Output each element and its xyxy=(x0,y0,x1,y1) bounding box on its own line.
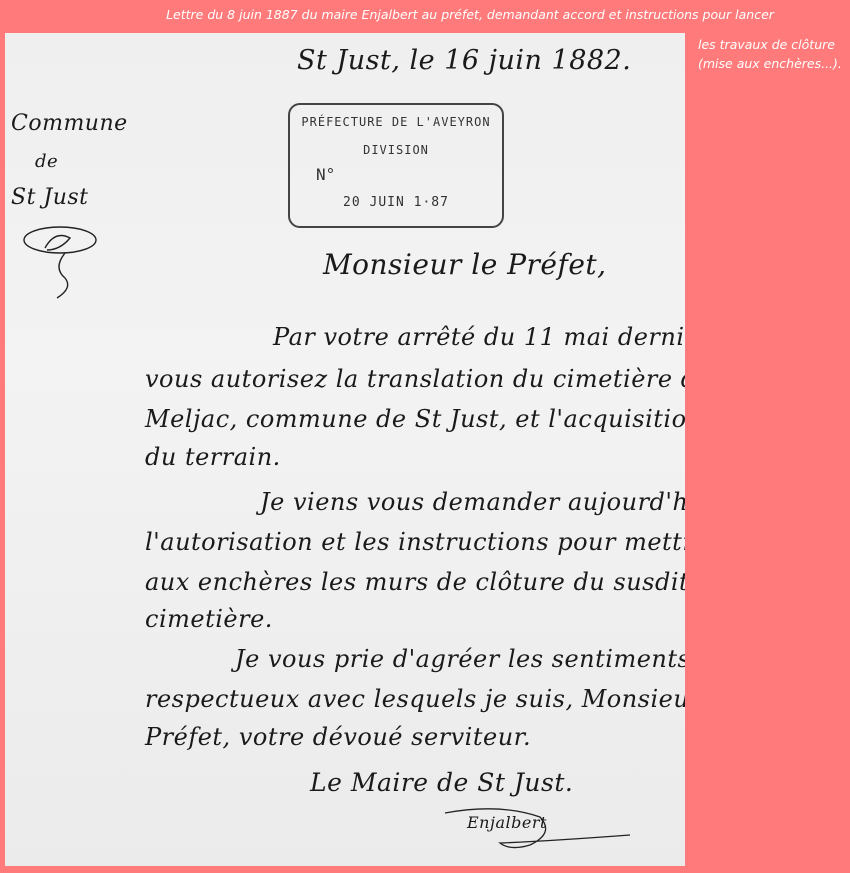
letter-scan: Commune de St Just St Just, le 16 juin 1… xyxy=(5,33,685,866)
signature-flourish-icon xyxy=(440,805,640,855)
stamp-line2: DIVISION xyxy=(290,143,502,157)
salutation: Monsieur le Préfet, xyxy=(323,248,607,281)
prefecture-stamp: PRÉFECTURE DE L'AVEYRON DIVISION N° 20 J… xyxy=(288,103,504,228)
body-line: Par votre arrêté du 11 mai dernier xyxy=(273,323,685,351)
stamp-line1: PRÉFECTURE DE L'AVEYRON xyxy=(290,115,502,129)
body-line: respectueux avec lesquels je suis, Monsi… xyxy=(145,685,685,713)
body-line: l'autorisation et les instructions pour … xyxy=(145,528,685,556)
body-line: Je viens vous demander aujourd'hui xyxy=(260,488,685,516)
body-line: Préfet, votre dévoué serviteur. xyxy=(145,723,531,751)
body-line: du terrain. xyxy=(145,443,281,471)
margin-st-just: St Just xyxy=(11,185,89,210)
margin-commune: Commune xyxy=(11,111,128,136)
closing: Le Maire de St Just. xyxy=(310,768,573,797)
stamp-line3: N° xyxy=(316,165,335,184)
body-line: cimetière. xyxy=(145,605,273,633)
body-line: Je vous prie d'agréer les sentiments xyxy=(235,645,685,673)
body-line: vous autorisez la translation du cimetiè… xyxy=(145,365,685,393)
caption-top: Lettre du 8 juin 1887 du maire Enjalbert… xyxy=(0,0,850,33)
body-line: Meljac, commune de St Just, et l'acquisi… xyxy=(145,405,685,433)
place-date: St Just, le 16 juin 1882. xyxy=(297,45,631,76)
body-line: aux enchères les murs de clôture du susd… xyxy=(145,568,685,596)
stamp-line4: 20 JUIN 1·87 xyxy=(290,195,502,210)
margin-de: de xyxy=(35,151,58,172)
caption-side: les travaux de clôture (mise aux enchère… xyxy=(698,35,846,73)
flourish-icon xyxy=(15,218,105,303)
